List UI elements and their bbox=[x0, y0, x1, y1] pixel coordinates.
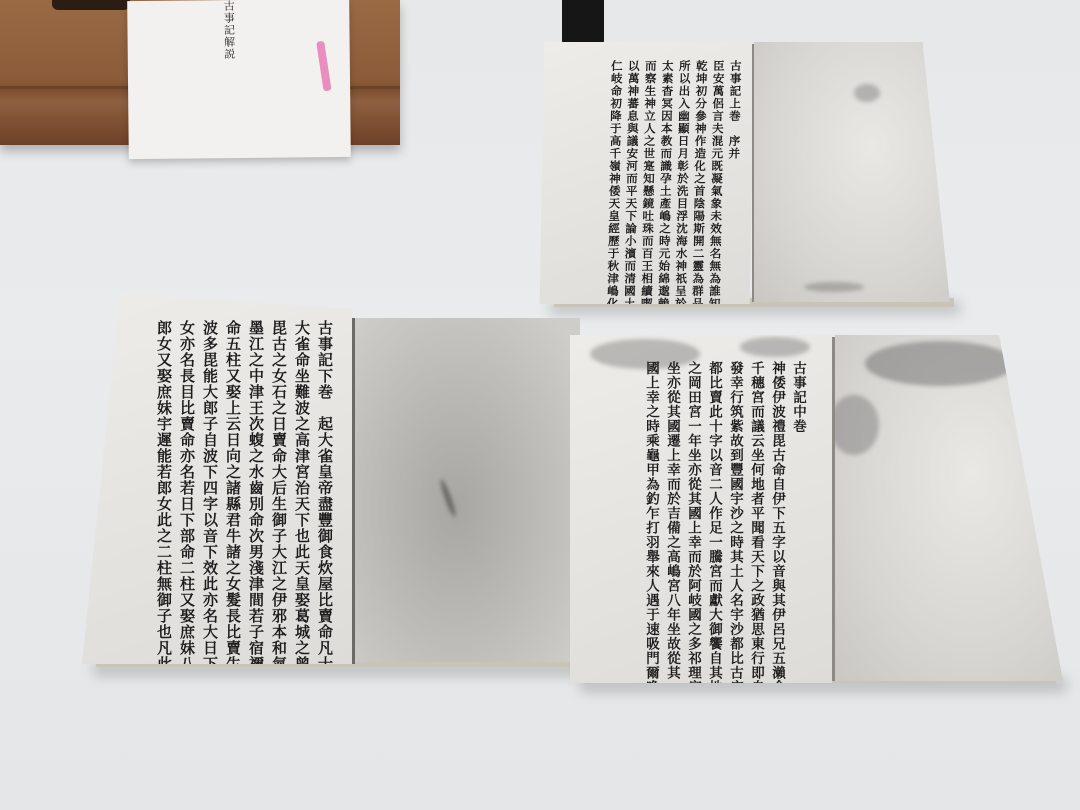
page-text-left: 古事記上巻 序并 臣安萬侶言夫混元既凝氣象未效無名無為誰知其形然 乾坤初分參神作… bbox=[540, 42, 755, 304]
book-kojiki-middle: 古事記中巻 神倭伊波禮毘古命自伊下五字以音與其伊呂兄五瀨命上伊呂二字以音二柱坐高… bbox=[566, 333, 1066, 693]
page-blank-right bbox=[835, 335, 1063, 681]
text-column: 大雀命坐難波之高津宮治天下也此天皇娶葛城之曾都 bbox=[290, 320, 313, 650]
text-column: 之岡田宮一年坐亦從其國上幸而於阿岐國之多祁理宮七年 bbox=[682, 361, 703, 681]
text-column: 郎女又娶庶妹宇遲能若郎女此之二柱無御子也凡此大雀天皇之 bbox=[152, 320, 175, 650]
text-column: 墨江之中津王次蝮之水齒別命次男淺津間若子宿禰 bbox=[244, 320, 267, 650]
pink-bookmark bbox=[316, 41, 331, 92]
booklet-title: 古事記解説 bbox=[220, 0, 237, 60]
text-column: 毘古之女石之日賣命大后生御子大江之伊邪本和氣命次 bbox=[267, 320, 290, 650]
text-column: 坐亦從其國遷上幸而於吉備之高嶋宮八年坐故從其 bbox=[661, 361, 682, 681]
page-text-columns: 古事記上巻 序并 臣安萬侶言夫混元既凝氣象未效無名無為誰知其形然 乾坤初分參神作… bbox=[604, 60, 744, 300]
black-display-stand bbox=[562, 0, 604, 44]
text-column: 女亦名長目比賣命亦名若日下部命二柱又娶庶妹八田若 bbox=[175, 320, 198, 650]
page-text-left: 古事記中巻 神倭伊波禮毘古命自伊下五字以音與其伊呂兄五瀨命上伊呂二字以音二柱坐高… bbox=[570, 335, 832, 683]
book-kojiki-upper: 古事記上巻 序并 臣安萬侶言夫混元既凝氣象未效無名無為誰知其形然 乾坤初分參神作… bbox=[540, 40, 960, 315]
text-column: 都比賣此十字以音二人作足一騰宮而獻大御饗自其地遷移而於竺紫 bbox=[703, 361, 724, 681]
text-column: 發幸行筑紫故到豐國宇沙之時其土人名宇沙都比古宇沙 bbox=[724, 361, 745, 681]
text-column: 古事記下巻 起大雀皇帝盡豐御食炊屋比賣命凡十九天皇 bbox=[313, 320, 336, 650]
page-text-columns: 古事記中巻 神倭伊波禮毘古命自伊下五字以音與其伊呂兄五瀨命上伊呂二字以音二柱坐高… bbox=[640, 361, 808, 681]
page-blank-right bbox=[355, 318, 580, 662]
text-column: 古事記中巻 bbox=[787, 361, 808, 681]
text-column: 國上幸之時乘龜甲為釣乍打羽舉來人遇于速吸門爾喚歸 bbox=[640, 361, 661, 681]
text-column: 命五柱又娶上云日向之諸縣君牛諸之女髮長比賣生御子 bbox=[221, 320, 244, 650]
text-column: 神倭伊波禮毘古命自伊下五字以音與其伊呂兄五瀨命上伊呂二字以音二柱坐高 bbox=[766, 361, 787, 681]
page-text-columns: 古事記下巻 起大雀皇帝盡豐御食炊屋比賣命凡十九天皇 大雀命坐難波之高津宮治天下也… bbox=[152, 320, 336, 650]
page-text-left: 古事記下巻 起大雀皇帝盡豐御食炊屋比賣命凡十九天皇 大雀命坐難波之高津宮治天下也… bbox=[82, 294, 352, 664]
page-blank-right bbox=[754, 42, 950, 302]
book-kojiki-lower: 古事記下巻 起大雀皇帝盡豐御食炊屋比賣命凡十九天皇 大雀命坐難波之高津宮治天下也… bbox=[80, 292, 585, 677]
commentary-booklet: 古事記解説 bbox=[127, 0, 351, 159]
text-column: 千穗宮而議云坐何地者平聞看天下之政猶思東行即自日向 bbox=[745, 361, 766, 681]
text-column: 波多毘能大郎子自波下四字以音下效此亦名大日下王次波多毘能若郎 bbox=[198, 320, 221, 650]
wooden-box-inscription bbox=[52, 0, 130, 10]
book-spine bbox=[832, 337, 835, 681]
